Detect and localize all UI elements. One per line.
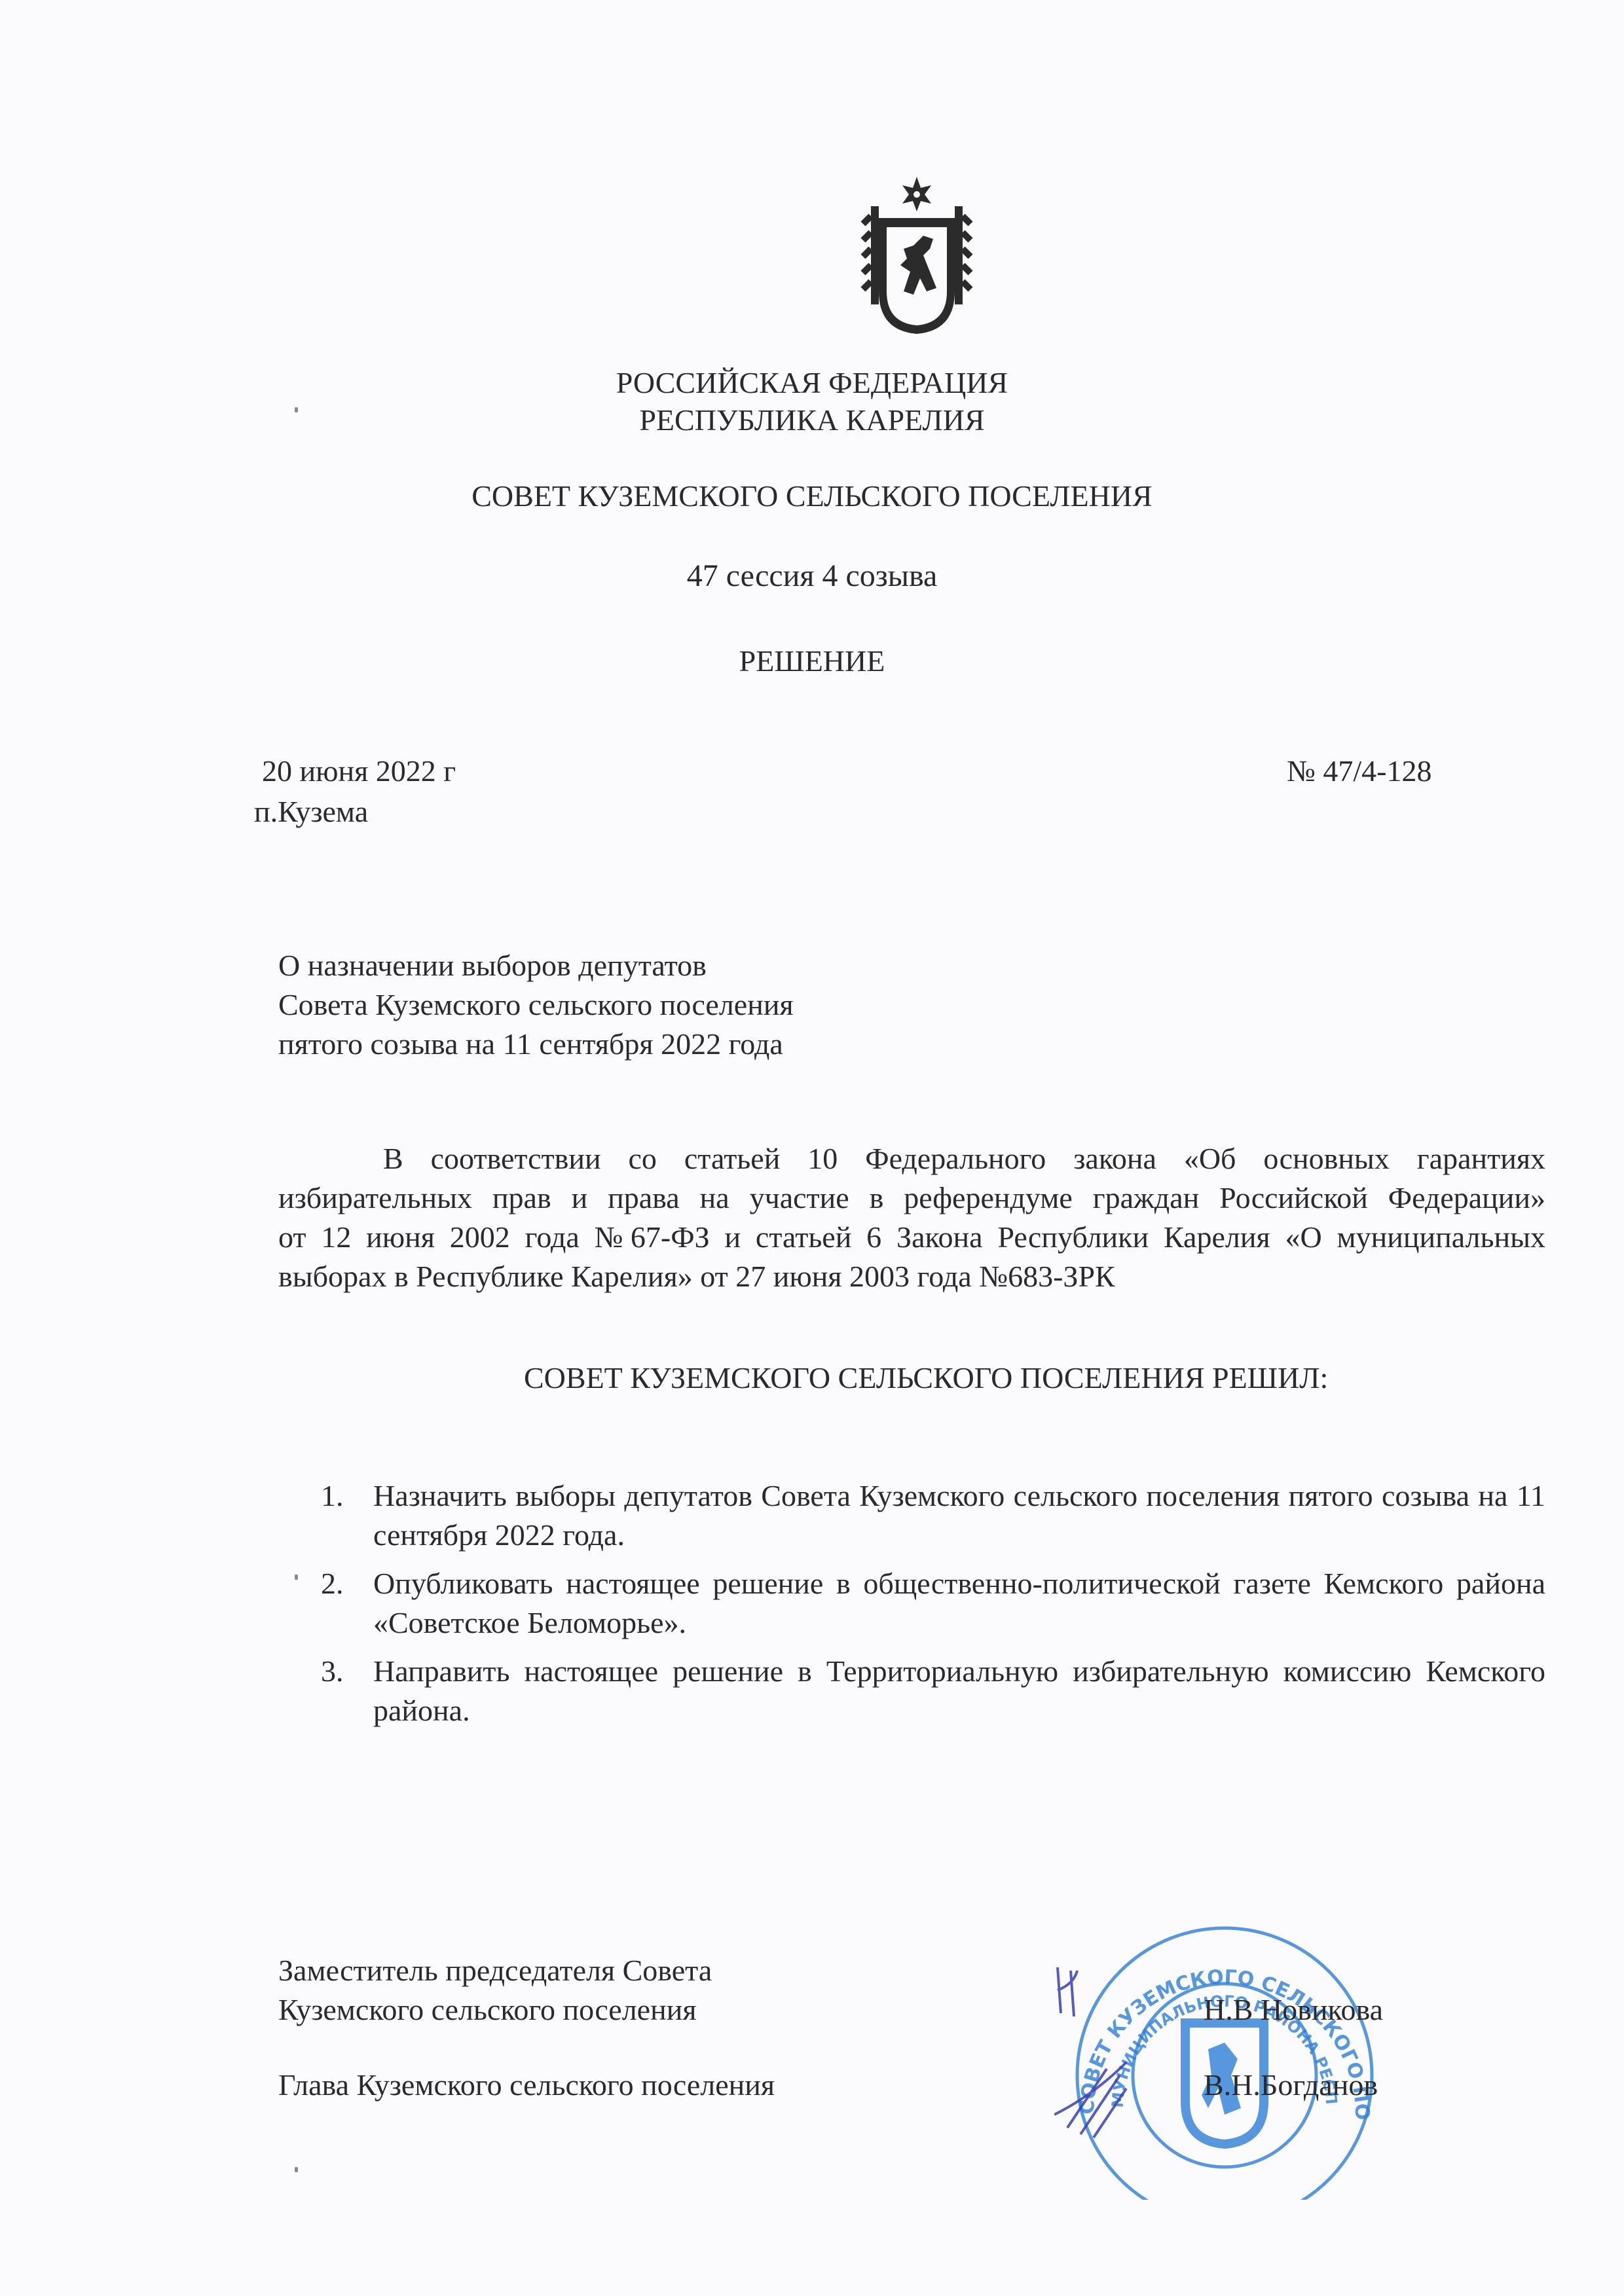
header-republic: РЕСПУБЛИКА КАРЕЛИЯ xyxy=(0,401,1624,440)
subject-line: О назначении выборов депутатов xyxy=(278,946,794,985)
scan-speck xyxy=(295,2167,298,2172)
list-item: 2. Опубликовать настоящее решение в обще… xyxy=(321,1564,1545,1643)
list-item: 3. Направить настоящее решение в Террито… xyxy=(321,1652,1545,1730)
session-label: 47 сессия 4 созыва xyxy=(0,556,1624,596)
preamble-line: избирательных прав и права на участие в … xyxy=(278,1178,1545,1218)
subject-line: Совета Кузeмского сельского поселения xyxy=(278,985,794,1025)
preamble-line: от 12 июня 2002 года №67-ФЗ и статьей 6 … xyxy=(278,1218,1545,1257)
deputy-name: Н.В Новикова xyxy=(1204,1990,1383,2030)
preamble-line: В соответствии со статьей 10 Федеральног… xyxy=(278,1139,1545,1178)
list-item: 1. Назначить выборы депутатов Совета Куз… xyxy=(321,1476,1545,1555)
official-stamp-icon: СОВЕТ КУЗЕМСКОГО СЕЛЬСКОГО ПОСЕЛЕНИЯ КЕМ… xyxy=(1054,1918,1421,2200)
scan-speck xyxy=(295,407,298,412)
document-date: 20 июня 2022 г xyxy=(262,752,456,791)
head-title: Глава Куземского сельского поселения xyxy=(278,2066,775,2105)
document-type: РЕШЕНИЕ xyxy=(0,642,1624,681)
scan-speck xyxy=(295,1575,298,1580)
head-name: В.Н.Богданов xyxy=(1204,2066,1378,2105)
resolution-items: 1. Назначить выборы депутатов Совета Куз… xyxy=(321,1476,1545,1740)
subject-line: пятого созыва на 11 сентября 2022 года xyxy=(278,1025,794,1064)
header-council: СОВЕТ КУЗЕМСКОГО СЕЛЬСКОГО ПОСЕЛЕНИЯ xyxy=(0,477,1624,516)
karelia-coat-of-arms-icon xyxy=(851,173,982,337)
preamble: В соответствии со статьей 10 Федеральног… xyxy=(278,1139,1545,1296)
deputy-title: Заместитель председателя Совета Куземско… xyxy=(278,1951,712,2030)
document-place: п.Кузема xyxy=(254,792,368,831)
document-number: № 47/4-128 xyxy=(1287,752,1432,791)
preamble-line: выборах в Республике Карелия» от 27 июня… xyxy=(278,1257,1545,1296)
header-country: РОССИЙСКАЯ ФЕДЕРАЦИЯ xyxy=(0,363,1624,403)
resolution-heading: СОВЕТ КУЗЕМСКОГО СЕЛЬСКОГО ПОСЕЛЕНИЯ РЕШ… xyxy=(524,1358,1328,1398)
subject-block: О назначении выборов депутатов Совета Ку… xyxy=(278,946,794,1064)
